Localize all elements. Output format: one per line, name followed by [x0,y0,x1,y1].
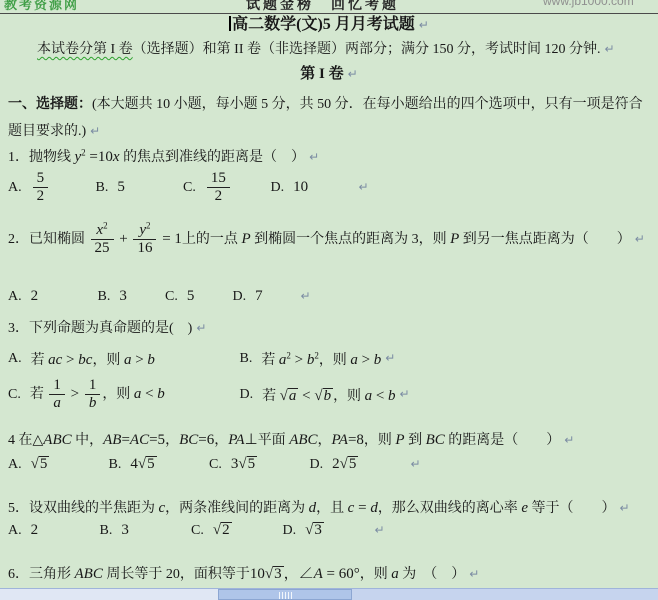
option-a-label: A. [8,180,22,196]
option-b: B.3 [100,522,188,539]
question-1-stem: 1．抛物线 y2 =10x 的焦点到准线的距离是（ ）↵ [8,147,654,168]
question-2-options: A.2 B.3 C.5 D.7↵ [8,288,654,305]
paragraph-mark-icon: ↵ [359,180,369,194]
paragraph-mark-icon: ↵ [385,351,395,365]
option-d-label: D. [271,180,285,196]
option-a-value: 52 [31,170,51,206]
instructions-line-1: 一、选择题：(本大题共 10 小题，每小题 5 分，共 50 分．在每小题给出的… [8,91,654,118]
option-c-value: 若 1a > 1b，则 a < b [30,377,165,413]
question-4-options: A.√5 B.4√5 C.3√5 D.2√5↵ [8,456,654,473]
header-divider [0,13,658,14]
option-d-label: D. [240,387,254,403]
intro-text: （选择题）和第 II 卷（非选择题）两部分；满分 150 分，考试时间 120 … [133,42,601,57]
option-b-value: 3 [119,288,127,305]
option-a-label: A. [8,457,22,473]
choice-instructions: 一、选择题：(本大题共 10 小题，每小题 5 分，共 50 分．在每小题给出的… [8,91,654,145]
document-page: 教考资源网 试题金榜 回忆考题 www.jb1000.com 高二数学(文)5 … [0,0,658,600]
option-a: A.2 [8,288,94,305]
scrollbar-track-left[interactable] [0,589,218,600]
option-c-label: C. [209,457,222,473]
option-a: A.若 ac > bc，则 a > b [8,349,236,369]
question-3-stem: 3．下列命题为真命题的是( )↵ [8,318,654,339]
option-d: D.若 √a < √b，则 a < b [240,385,396,405]
option-d-label: D. [310,457,324,473]
instructions-lead: 一、选择题： [8,97,92,112]
option-b-value: 3 [121,522,129,539]
option-a-value: 2 [31,522,39,539]
question-6-stem: 6．三角形 ABC 周长等于 20，面积等于10√3，∠A = 60°，则 a … [8,564,654,585]
paragraph-mark-icon: ↵ [564,433,574,447]
question-1-text: 1．抛物线 y2 =10x 的焦点到准线的距离是（ ） [8,150,305,165]
scrollbar-grip-icon [279,592,293,599]
question-4-text: 4 在△ABC 中，AB=AC=5，BC=6，PA⊥平面 ABC，PA=8，则 … [8,433,560,448]
section-heading: 第 I 卷↵ [0,64,658,84]
paragraph-mark-icon: ↵ [309,150,319,164]
text-cursor [229,16,231,31]
instructions-text-1: (本大题共 10 小题，每小题 5 分，共 50 分．在每小题给出的四个选项中，… [92,97,643,112]
option-d-value: √3 [305,522,324,539]
question-1-options: A.52 B.5 C.152 D.10↵ [8,170,654,206]
option-a-value: 2 [31,288,39,305]
option-c-label: C. [191,523,204,539]
header-url: www.jb1000.com [543,0,634,8]
horizontal-scrollbar[interactable] [0,588,658,600]
question-3-options-row-2: C.若 1a > 1b，则 a < b D.若 √a < √b，则 a < b↵ [8,377,654,413]
paragraph-mark-icon: ↵ [605,42,615,56]
option-d-value: 若 √a < √b，则 a < b [262,385,395,405]
paragraph-mark-icon: ↵ [419,18,429,32]
option-c-value: 3√5 [231,456,257,473]
question-6-text: 6．三角形 ABC 周长等于 20，面积等于10√3，∠A = 60°，则 a … [8,567,465,582]
option-a-label: A. [8,523,22,539]
option-b-value: 5 [117,179,125,196]
option-c: C.√2 [191,522,279,539]
option-a-label: A. [8,289,22,305]
question-4-stem: 4 在△ABC 中，AB=AC=5，BC=6，PA⊥平面 ABC，PA=8，则 … [8,430,654,451]
option-c: C.若 1a > 1b，则 a < b [8,377,236,413]
intro-paragraph: 本试卷分第 I 卷（选择题）和第 II 卷（非选择题）两部分；满分 150 分，… [8,39,654,60]
paragraph-mark-icon: ↵ [90,124,100,138]
option-b-label: B. [98,289,111,305]
option-c-value: 152 [205,170,232,206]
option-d-label: D. [233,289,247,305]
section-heading-text: 第 I 卷 [300,66,343,82]
option-b: B.若 a2 > b2，则 a > b [240,349,382,369]
option-a-value: 若 ac > bc，则 a > b [31,349,155,369]
paragraph-mark-icon: ↵ [635,232,645,246]
option-c: C.3√5 [209,456,306,473]
option-b-value: 若 a2 > b2，则 a > b [261,349,381,369]
header-center-text: 试题金榜 回忆考题 [246,0,399,13]
option-a-value: √5 [31,456,50,473]
option-c-label: C. [183,180,196,196]
paragraph-mark-icon: ↵ [348,67,358,81]
option-c: C.5 [165,288,229,305]
option-b-label: B. [100,523,113,539]
question-5-options: A.2 B.3 C.√2 D.√3↵ [8,522,654,539]
question-2-stem: 2．已知椭圆 x225 + y216 = 1上的一点 P 到椭圆一个焦点的距离为… [8,222,654,258]
question-5-text: 5．设双曲线的半焦距为 c，两条准线间的距离为 d，且 c = d，那么双曲线的… [8,501,615,516]
option-a: A.52 [8,170,92,206]
option-b: B.4√5 [109,456,206,473]
question-2-text: 2．已知椭圆 x225 + y216 = 1上的一点 P 到椭圆一个焦点的距离为… [8,232,631,247]
page-header: 教考资源网 试题金榜 回忆考题 www.jb1000.com [0,0,658,13]
option-d-label: D. [283,523,297,539]
scrollbar-thumb[interactable] [218,589,352,600]
option-c-value: 5 [187,288,195,305]
instructions-line-2: 题目要求的.)↵ [8,118,654,145]
option-c-label: C. [8,387,21,403]
option-d-value: 7 [255,288,263,305]
option-b-label: B. [240,351,253,367]
paragraph-mark-icon: ↵ [196,321,206,335]
option-d-value: 10 [293,179,308,196]
instructions-text-2: 题目要求的.) [8,124,86,139]
intro-underlined-text: 本试卷分第 I 卷 [37,42,133,57]
option-a-label: A. [8,351,22,367]
option-d: D.10 [271,179,355,196]
option-b-label: B. [109,457,122,473]
option-c-label: C. [165,289,178,305]
exam-title: 高二数学(文)5 月月考试题 [232,16,415,33]
option-c: C.152 [183,170,267,206]
option-a: A.2 [8,522,96,539]
paragraph-mark-icon: ↵ [411,457,421,471]
paragraph-mark-icon: ↵ [469,567,479,581]
option-b-label: B. [96,180,109,196]
option-a: A.√5 [8,456,105,473]
question-3-options-row-1: A.若 ac > bc，则 a > b B.若 a2 > b2，则 a > b↵ [8,349,654,369]
question-3-text: 3．下列命题为真命题的是( ) [8,321,192,336]
option-d: D.7 [233,288,297,305]
option-c-value: √2 [213,522,232,539]
option-b: B.3 [98,288,162,305]
question-5-stem: 5．设双曲线的半焦距为 c，两条准线间的距离为 d，且 c = d，那么双曲线的… [8,498,654,519]
paragraph-mark-icon: ↵ [301,289,311,303]
paragraph-mark-icon: ↵ [400,387,410,401]
title-row: 高二数学(文)5 月月考试题↵ [0,15,658,35]
option-b-value: 4√5 [130,456,156,473]
option-d: D.√3 [283,522,371,539]
option-d: D.2√5 [310,456,407,473]
option-d-value: 2√5 [332,456,358,473]
header-site-name: 教考资源网 [4,0,79,13]
paragraph-mark-icon: ↵ [619,501,629,515]
paragraph-mark-icon: ↵ [375,523,385,537]
option-b: B.5 [96,179,180,196]
